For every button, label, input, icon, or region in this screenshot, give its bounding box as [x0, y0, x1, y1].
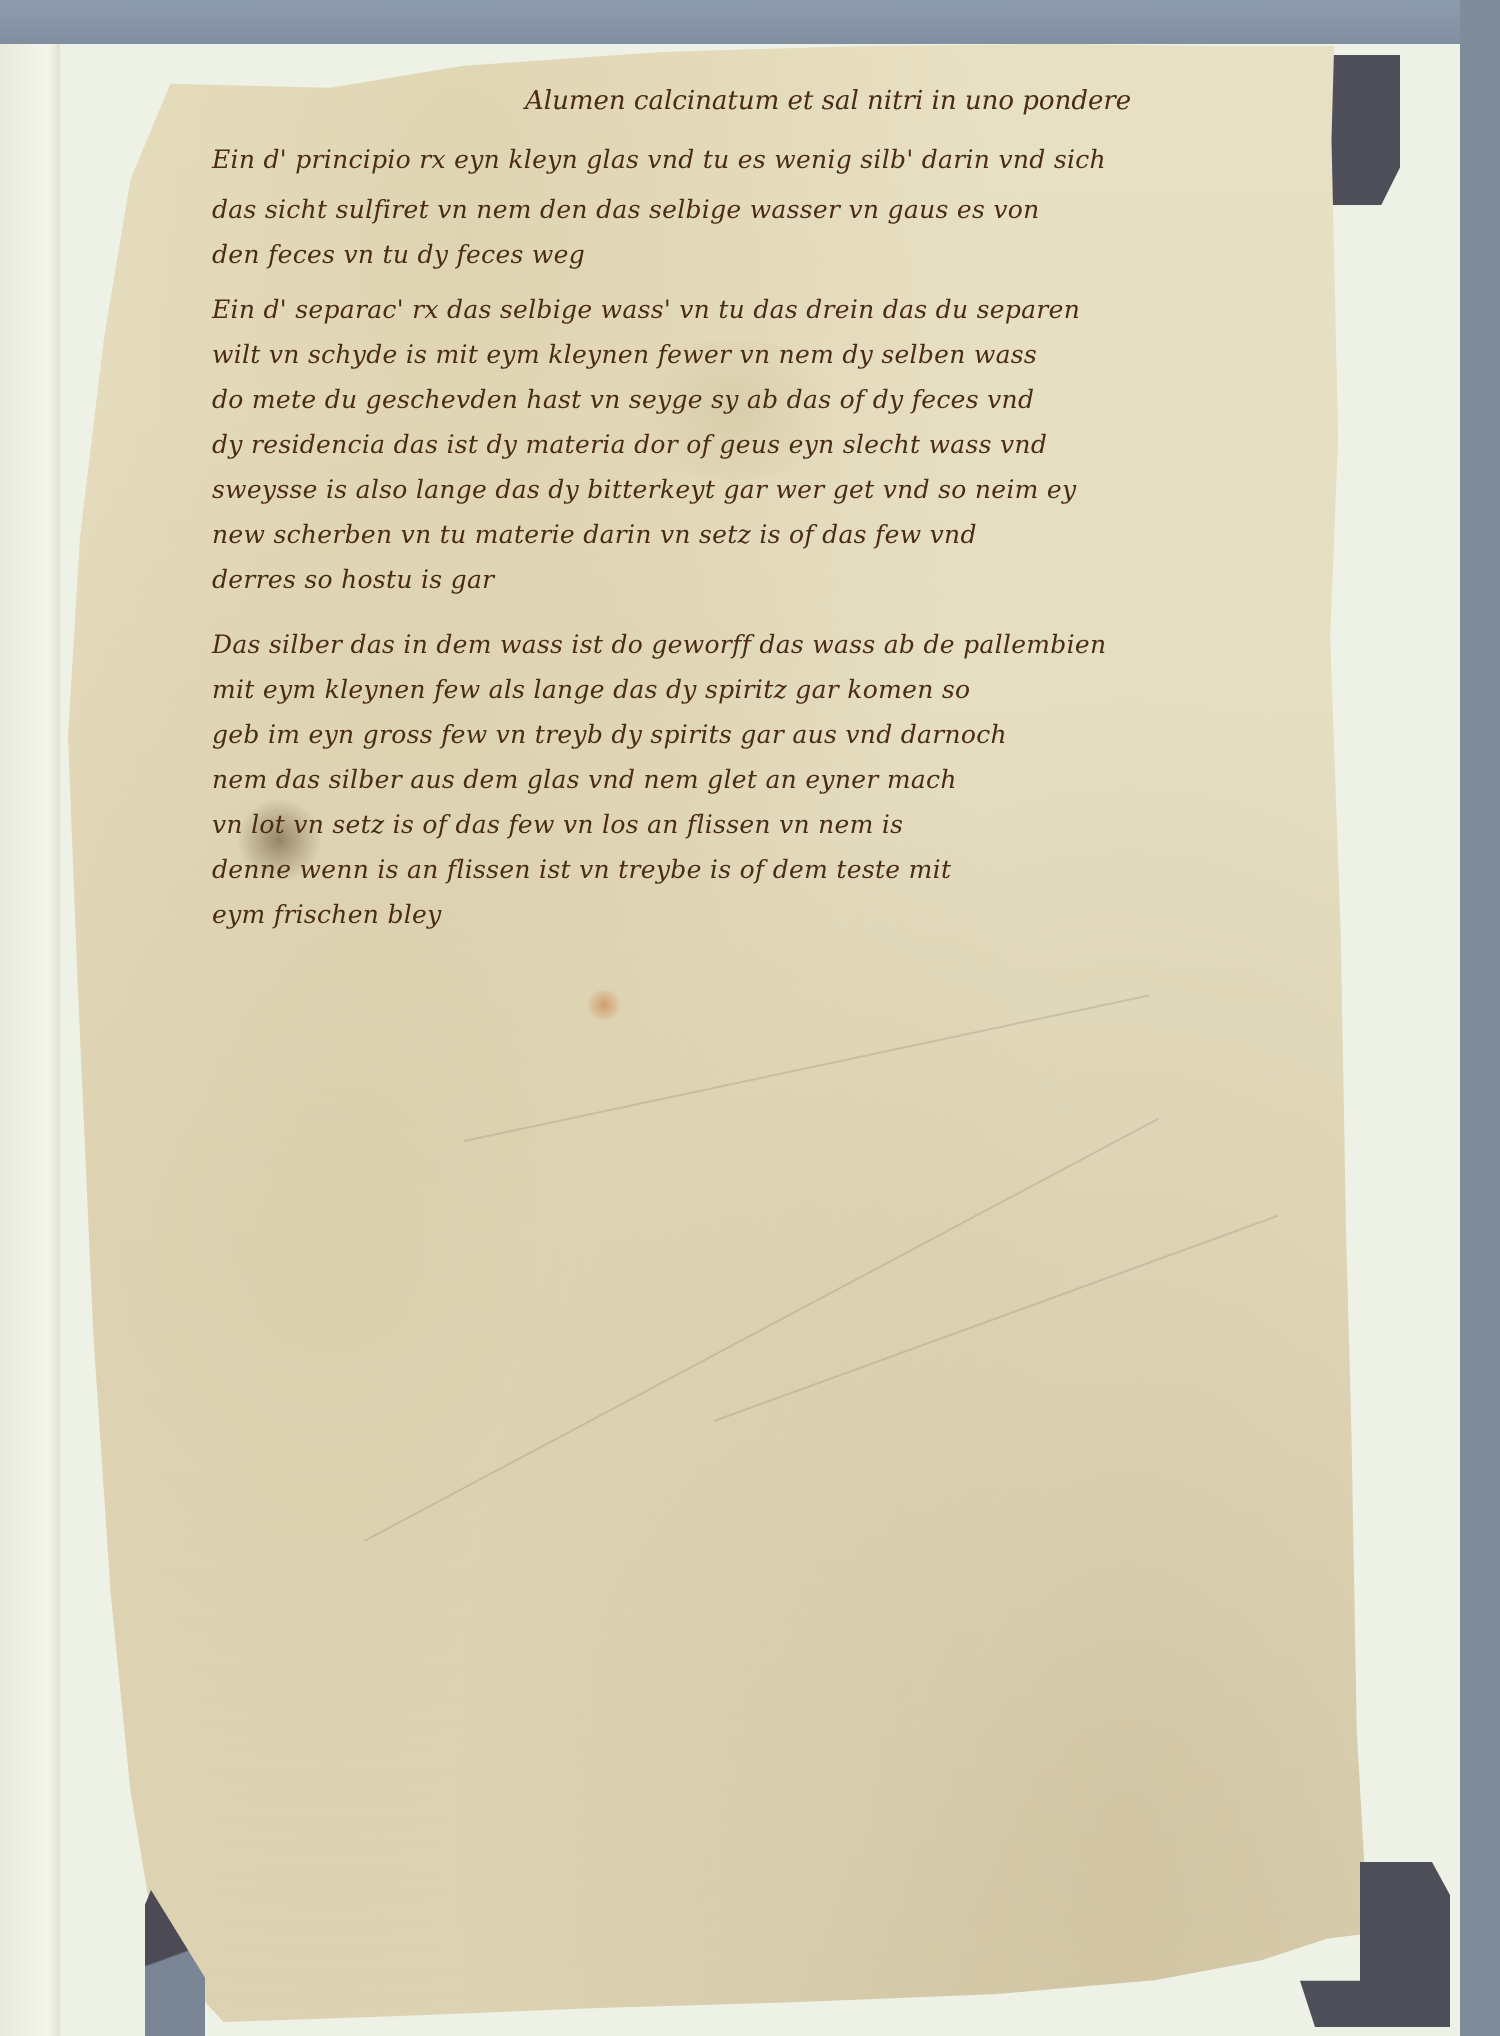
mount-fold	[0, 44, 60, 2036]
text-line: denne wenn is an flissen ist vn treybe i…	[212, 855, 951, 885]
text-line: das sicht sulfiret vn nem den das selbig…	[212, 195, 1040, 225]
text-line: den feces vn tu dy feces weg	[212, 240, 585, 270]
text-line: new scherben vn tu materie darin vn setz…	[212, 520, 977, 550]
manuscript-leaf	[64, 40, 1394, 2030]
text-line: vn lot vn setz is of das few vn los an f…	[212, 810, 903, 840]
crease-line	[714, 1215, 1278, 1422]
text-line: derres so hostu is gar	[212, 565, 494, 595]
text-line: mit eym kleynen few als lange das dy spi…	[212, 675, 970, 705]
crease-line	[364, 1117, 1160, 1541]
text-line: eym frischen bley	[212, 900, 442, 930]
text-line: geb im eyn gross few vn treyb dy spirits…	[212, 720, 1007, 750]
backdrop-top	[0, 0, 1500, 48]
text-line: Das silber das in dem wass ist do geworf…	[212, 630, 1106, 660]
text-line: Ein d' separac' rx das selbige wass' vn …	[212, 295, 1080, 325]
rust-spot	[584, 990, 624, 1020]
text-line: do mete du geschevden hast vn seyge sy a…	[212, 385, 1034, 415]
backdrop-right	[1460, 0, 1500, 2036]
text-line: dy residencia das ist dy materia dor of …	[212, 430, 1047, 460]
text-line: sweysse is also lange das dy bitterkeyt …	[212, 475, 1076, 505]
text-line: wilt vn schyde is mit eym kleynen fewer …	[212, 340, 1037, 370]
text-line: Ein d' principio rx eyn kleyn glas vnd t…	[212, 145, 1106, 175]
text-line: nem das silber aus dem glas vnd nem glet…	[212, 765, 957, 795]
crease-line	[464, 994, 1149, 1141]
corner-tab-top-right	[1325, 55, 1400, 205]
manuscript-heading: Alumen calcinatum et sal nitri in uno po…	[525, 86, 1131, 116]
